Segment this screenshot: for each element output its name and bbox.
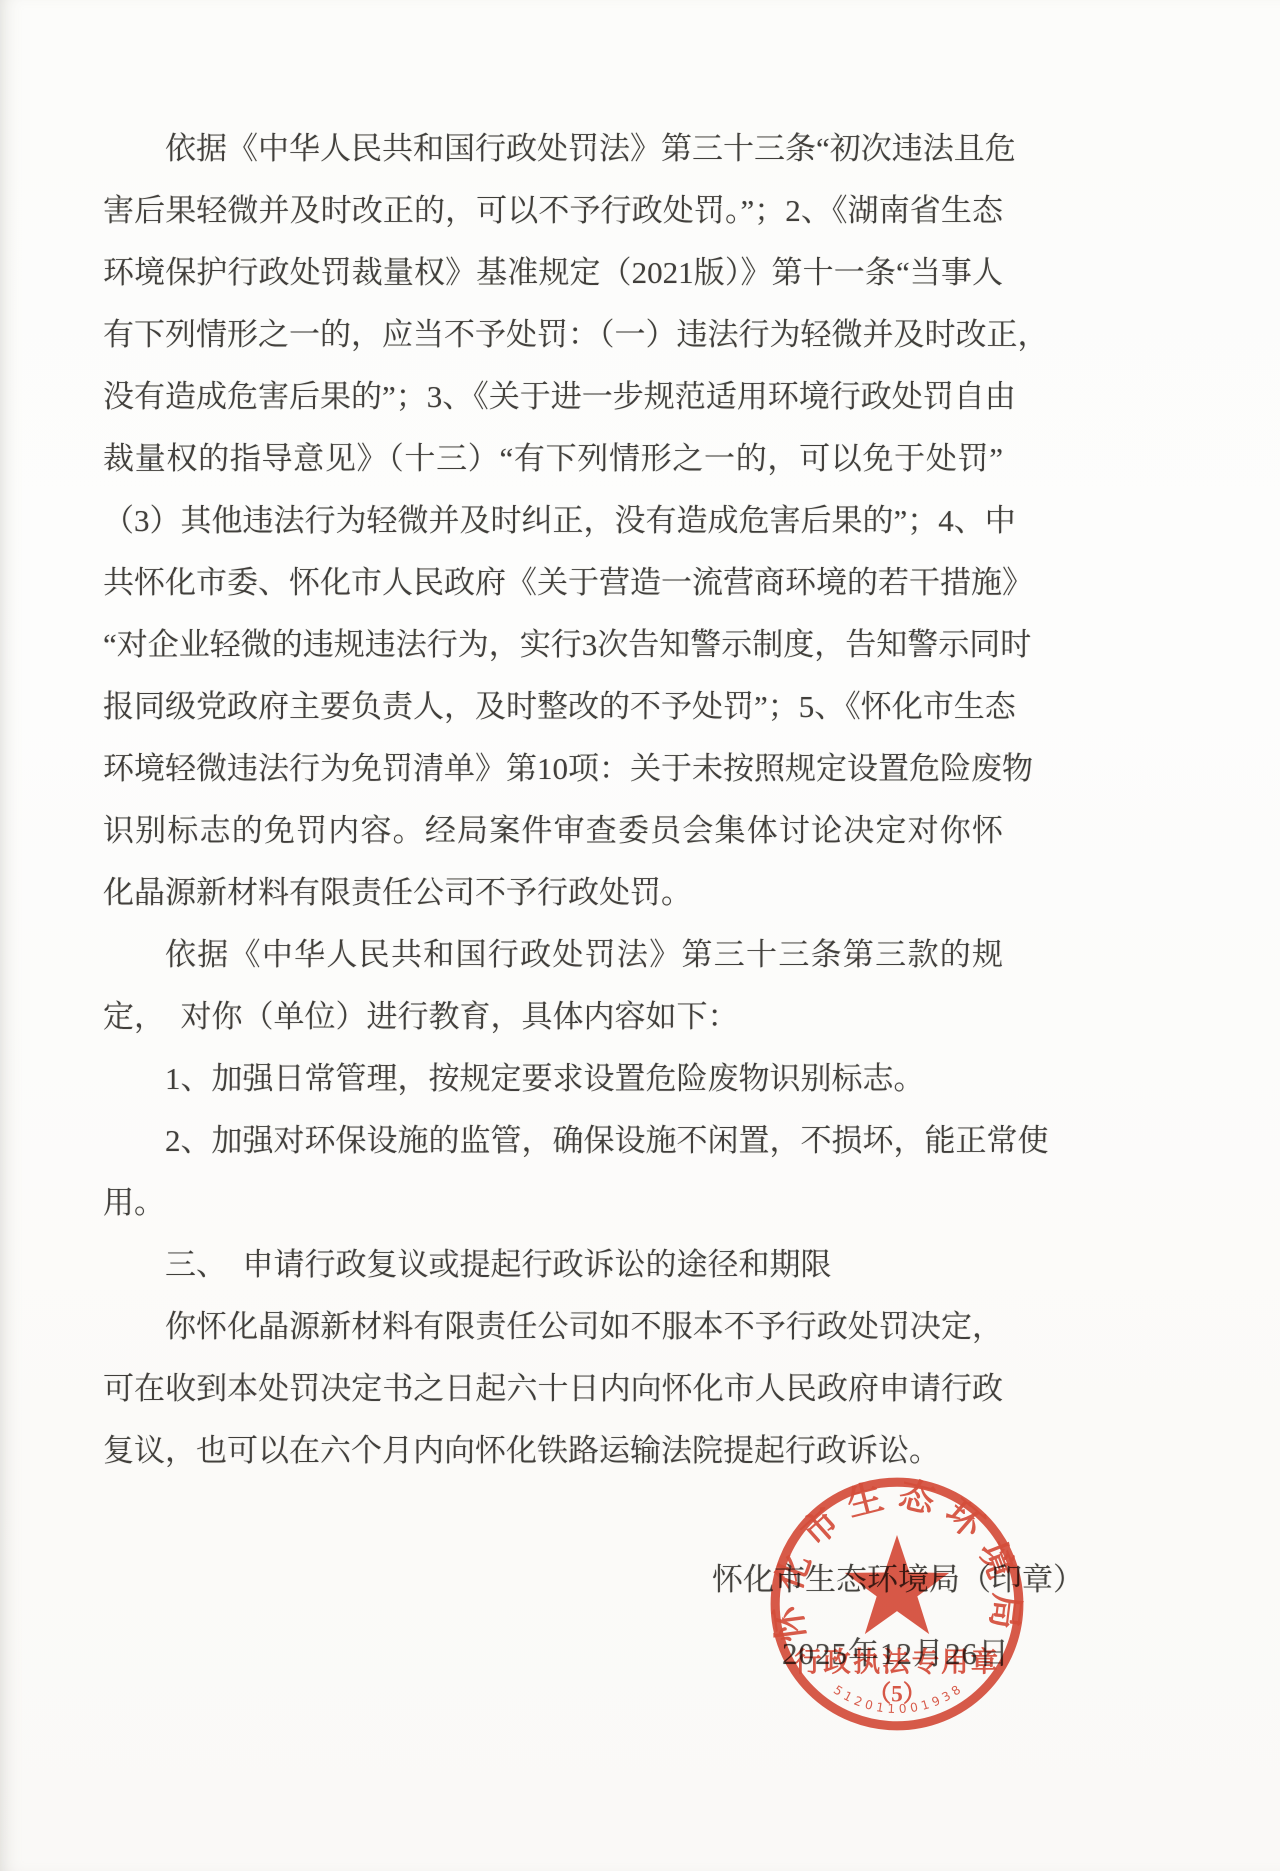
document-line: 报同级党政府主要负责人，及时整改的不予处罚”；5、《怀化市生态 bbox=[103, 676, 1003, 738]
document-line: 裁量权的指导意见》（十三）“有下列情形之一的，可以免于处罚” bbox=[103, 428, 1003, 490]
document-line: 化晶源新材料有限责任公司不予行政处罚。 bbox=[103, 862, 1003, 924]
document-line: 没有造成危害后果的”；3、《关于进一步规范适用环境行政处罚自由 bbox=[103, 366, 1003, 428]
document-body: 依据《中华人民共和国行政处罚法》第三十三条“初次违法且危 害后果轻微并及时改正的… bbox=[103, 118, 1003, 1482]
document-line: 害后果轻微并及时改正的，可以不予行政处罚。”；2、《湖南省生态 bbox=[103, 180, 1003, 242]
document-line: 环境轻微违法行为免罚清单》第10项：关于未按照规定设置危险废物 bbox=[103, 738, 1003, 800]
document-line: 用。 bbox=[103, 1172, 1003, 1234]
document-line: 2、加强对环保设施的监管，确保设施不闲置，不损坏，能正常使 bbox=[103, 1110, 1003, 1172]
document-line: 依据《中华人民共和国行政处罚法》第三十三条“初次违法且危 bbox=[103, 118, 1003, 180]
document-line: 1、加强日常管理，按规定要求设置危险废物识别标志。 bbox=[103, 1048, 1003, 1110]
section-heading-line: 三、 申请行政复议或提起行政诉讼的途径和期限 bbox=[103, 1234, 1003, 1296]
document-line: 共怀化市委、怀化市人民政府《关于营造一流营商环境的若干措施》 bbox=[103, 552, 1003, 614]
seal-center-text: 行政执法专用章 bbox=[794, 1646, 1000, 1677]
document-line: （3）其他违法行为轻微并及时纠正，没有造成危害后果的”；4、中 bbox=[103, 490, 1003, 552]
seal-star-icon bbox=[845, 1535, 949, 1634]
document-line: 可在收到本处罚决定书之日起六十日内向怀化市人民政府申请行政 bbox=[103, 1358, 1003, 1420]
scanned-document-page: 依据《中华人民共和国行政处罚法》第三十三条“初次违法且危 害后果轻微并及时改正的… bbox=[0, 0, 1280, 1871]
document-line: 依据《中华人民共和国行政处罚法》第三十三条第三款的规 bbox=[103, 924, 1003, 986]
document-line: 识别标志的免罚内容。经局案件审查委员会集体讨论决定对你怀 bbox=[103, 800, 1003, 862]
document-line: 环境保护行政处罚裁量权》基准规定（2021版）》第十一条“当事人 bbox=[103, 242, 1003, 304]
document-line: 你怀化晶源新材料有限责任公司如不服本不予行政处罚决定， bbox=[103, 1296, 1003, 1358]
document-line: 定， 对你（单位）进行教育，具体内容如下： bbox=[103, 986, 1003, 1048]
official-seal: 怀化市生态环境局 行政执法专用章 （5） 5120110019387 bbox=[765, 1472, 1029, 1736]
document-line: “对企业轻微的违规违法行为，实行3次告知警示制度，告知警示同时 bbox=[103, 614, 1003, 676]
document-line: 有下列情形之一的，应当不予处罚：（一）违法行为轻微并及时改正， bbox=[103, 304, 1003, 366]
